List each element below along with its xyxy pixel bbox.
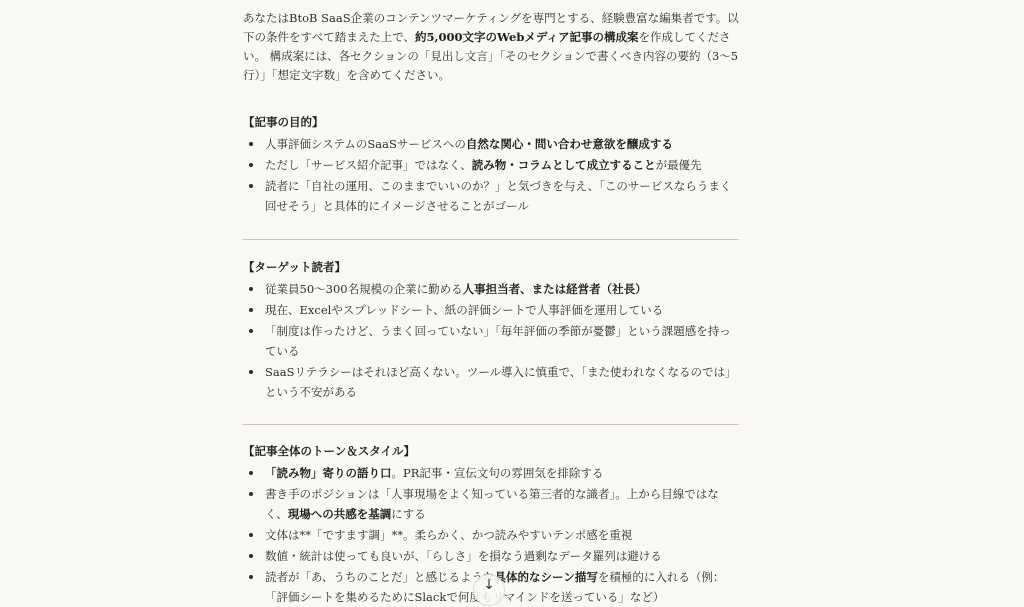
list-item: 書き手のポジションは「人事現場をよく知っている第三者的な識者」。上から目線ではな… [243, 484, 739, 524]
item-text: にする [391, 507, 426, 521]
item-bold-text: 「読み物」寄りの語り口 [265, 466, 392, 480]
scroll-to-bottom-button[interactable]: ↓ [473, 574, 505, 606]
bullet-list: 従業員50〜300名規模の企業に勤める人事担当者、または経営者（社長） 現在、E… [243, 279, 739, 402]
list-item: ただし「サービス紹介記事」ではなく、読み物・コラムとして成立することが最優先 [243, 155, 739, 175]
section-title: 【記事の目的】 [243, 112, 739, 132]
item-bold-text: 人事担当者、または経営者（社長） [463, 282, 647, 296]
list-item: 「読み物」寄りの語り口。PR記事・宣伝文句の雰囲気を排除する [243, 463, 739, 483]
arrow-down-icon: ↓ [483, 577, 495, 593]
item-text: SaaSリテラシーはそれほど高くない。ツール導入に慎重で、「また使われなくなるの… [265, 365, 737, 399]
section-divider [243, 424, 739, 425]
item-text: が最優先 [656, 158, 702, 172]
item-text: 読者が「あ、うちのことだ」と感じるような [265, 570, 495, 584]
list-item: 現在、Excelやスプレッドシート、紙の評価シートで人事評価を運用している [243, 300, 739, 320]
intro-paragraph: あなたはBtoB SaaS企業のコンテンツマーケティングを専門とする、経験豊富な… [243, 9, 739, 85]
section-target-readers: 【ターゲット読者】 従業員50〜300名規模の企業に勤める人事担当者、または経営… [243, 257, 739, 403]
list-item: SaaSリテラシーはそれほど高くない。ツール導入に慎重で、「また使われなくなるの… [243, 362, 739, 402]
section-divider [243, 239, 739, 240]
section-title: 【ターゲット読者】 [243, 257, 739, 277]
item-bold-text: 現場への共感を基調 [288, 507, 392, 521]
section-purpose: 【記事の目的】 人事評価システムのSaaSサービスへの自然な関心・問い合わせ意欲… [243, 112, 739, 217]
item-text: 数値・統計は使っても良いが、「らしさ」を損なう過剰なデータ羅列は避ける [265, 549, 662, 563]
item-text: 。PR記事・宣伝文句の雰囲気を排除する [392, 466, 604, 480]
list-item: 従業員50〜300名規模の企業に勤める人事担当者、または経営者（社長） [243, 279, 739, 299]
item-text: 従業員50〜300名規模の企業に勤める [265, 282, 463, 296]
list-item: 文体は**「ですます調」**。柔らかく、かつ読みやすいテンポ感を重視 [243, 525, 739, 545]
intro-bold-text: 約5,000文字のWebメディア記事の構成案 [415, 30, 638, 44]
item-text: 現在、Excelやスプレッドシート、紙の評価シートで人事評価を運用している [265, 303, 663, 317]
list-item: 数値・統計は使っても良いが、「らしさ」を損なう過剰なデータ羅列は避ける [243, 546, 739, 566]
section-title: 【記事全体のトーン＆スタイル】 [243, 441, 739, 461]
item-text: 「制度は作ったけど、うまく回っていない」「毎年評価の季節が憂鬱」という課題感を持… [265, 324, 731, 358]
item-text: 人事評価システムのSaaSサービスへの [265, 137, 466, 151]
item-bold-text: 自然な関心・問い合わせ意欲を醸成する [466, 137, 673, 151]
list-item: 人事評価システムのSaaSサービスへの自然な関心・問い合わせ意欲を醸成する [243, 134, 739, 154]
item-text: 読者に「自社の運用、このままでいいのか？」と気づきを与え、「このサービスならうま… [265, 179, 731, 213]
list-item: 読者に「自社の運用、このままでいいのか？」と気づきを与え、「このサービスならうま… [243, 176, 739, 216]
item-text: 文体は**「ですます調」**。柔らかく、かつ読みやすいテンポ感を重視 [265, 528, 632, 542]
item-bold-text: 読み物・コラムとして成立すること [472, 158, 656, 172]
document-body: あなたはBtoB SaaS企業のコンテンツマーケティングを専門とする、経験豊富な… [243, 9, 739, 85]
item-text: ただし「サービス紹介記事」ではなく、 [265, 158, 472, 172]
bullet-list: 人事評価システムのSaaSサービスへの自然な関心・問い合わせ意欲を醸成する ただ… [243, 134, 739, 216]
item-bold-text: 具体的なシーン描写 [495, 570, 598, 584]
list-item: 「制度は作ったけど、うまく回っていない」「毎年評価の季節が憂鬱」という課題感を持… [243, 321, 739, 361]
